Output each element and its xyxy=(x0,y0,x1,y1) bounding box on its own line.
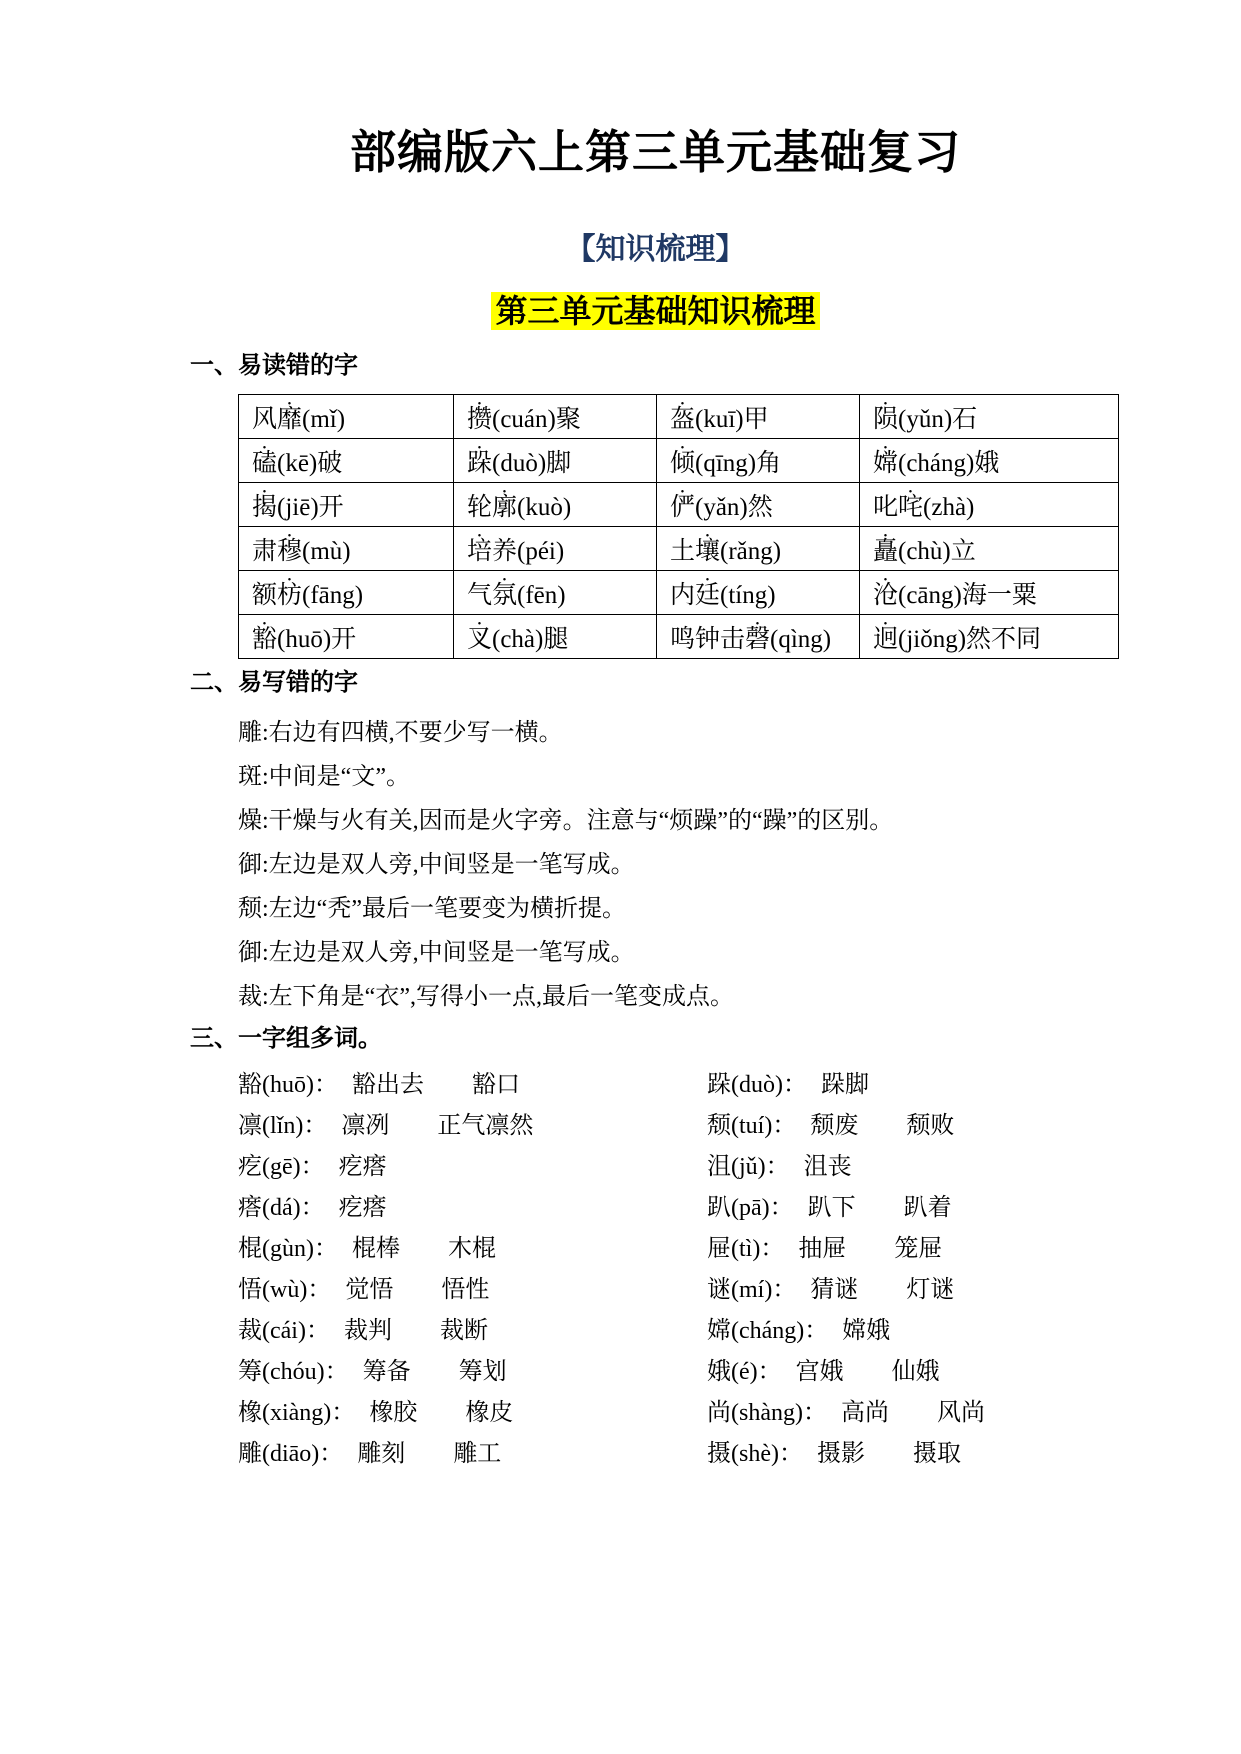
word-group-head: 跺(duò)： xyxy=(707,1072,807,1098)
document-content: 部编版六上第三单元基础复习 【知识梳理】 第三单元基础知识梳理 一、易读错的字 … xyxy=(190,0,1121,1475)
word-group-entry-right: 尚(shàng)：高尚风尚 xyxy=(707,1393,1121,1434)
section-1-title: 易读错的字 xyxy=(238,352,358,379)
table-cell: 风靡(mǐ) xyxy=(239,395,454,439)
word-group-head: 凛(lǐn)： xyxy=(238,1113,327,1139)
word-group-word: 凛冽 xyxy=(341,1113,389,1139)
word-group-head: 裁(cái)： xyxy=(238,1318,330,1344)
word-group-entry-right: 跺(duò)：跺脚 xyxy=(707,1065,1121,1106)
word-group-word: 灯谜 xyxy=(906,1277,954,1303)
section-2-title: 易写错的字 xyxy=(238,669,358,696)
word-group-word: 猜谜 xyxy=(810,1277,858,1303)
word-group-entry-left: 豁(huō)：豁出去豁口 xyxy=(238,1065,707,1106)
section-3-title: 一字组多词。 xyxy=(238,1025,382,1052)
table-cell: 轮廓(kuò) xyxy=(454,483,657,527)
word-group-head: 趴(pā)： xyxy=(707,1195,794,1221)
table-cell: 俨(yǎn)然 xyxy=(657,483,860,527)
word-group-word: 疙瘩 xyxy=(339,1195,387,1221)
word-group-entry-right: 颓(tuí)：颓废颓败 xyxy=(707,1106,1121,1147)
emphasized-char: 陨 xyxy=(873,406,898,433)
table-cell: 揭(jiē)开 xyxy=(239,483,454,527)
word-group-head: 雕(diāo)： xyxy=(238,1441,343,1467)
word-group-word: 豁口 xyxy=(472,1072,520,1098)
mispronounced-table: 风靡(mǐ)攒(cuán)聚盔(kuī)甲陨(yǔn)石磕(kē)破跺(duò)… xyxy=(238,394,1119,659)
table-row: 肃穆(mù)培养(péi)土壤(rǎng)矗(chù)立 xyxy=(239,527,1119,571)
table-cell: 磕(kē)破 xyxy=(239,439,454,483)
table-row: 额枋(fāng)气氛(fēn)内廷(tíng)沧(cāng)海一粟 xyxy=(239,571,1119,615)
word-group-word: 雕刻 xyxy=(357,1441,405,1467)
section-2-heading: 二、易写错的字 xyxy=(190,669,1121,697)
emphasized-char: 迥 xyxy=(873,626,898,653)
section-1-heading: 一、易读错的字 xyxy=(190,352,1121,380)
word-group-head: 谜(mí)： xyxy=(707,1277,796,1303)
word-group-word: 悟性 xyxy=(441,1277,489,1303)
word-group-word: 疙瘩 xyxy=(339,1154,387,1180)
word-group-head: 沮(jǔ)： xyxy=(707,1154,790,1180)
word-group-word: 高尚 xyxy=(841,1400,889,1426)
table-cell: 叱咤(zhà) xyxy=(860,483,1119,527)
word-group-word: 觉悟 xyxy=(345,1277,393,1303)
table-cell: 盔(kuī)甲 xyxy=(657,395,860,439)
emphasized-char: 培 xyxy=(467,538,492,565)
word-group-head: 棍(gùn)： xyxy=(238,1236,338,1262)
table-cell: 土壤(rǎng) xyxy=(657,527,860,571)
word-group-word: 沮丧 xyxy=(804,1154,852,1180)
word-group-word: 跺脚 xyxy=(821,1072,869,1098)
emphasized-char: 嫦 xyxy=(873,450,898,477)
word-group-word: 仙娥 xyxy=(892,1359,940,1385)
note-line: 裁:左下角是“衣”,写得小一点,最后一笔变成点。 xyxy=(238,975,1121,1019)
note-line: 雕:右边有四横,不要少写一横。 xyxy=(238,711,1121,755)
table-cell: 肃穆(mù) xyxy=(239,527,454,571)
word-group-entry-left: 疙(gē)：疙瘩 xyxy=(238,1147,707,1188)
word-group-word: 筹划 xyxy=(459,1359,507,1385)
emphasized-char: 氛 xyxy=(492,582,517,609)
word-group-head: 筹(chóu)： xyxy=(238,1359,349,1385)
table-cell: 气氛(fēn) xyxy=(454,571,657,615)
emphasized-char: 盔 xyxy=(670,406,695,433)
word-group-word: 宫娥 xyxy=(796,1359,844,1385)
miswritten-notes: 雕:右边有四横,不要少写一横。斑:中间是“文”。燥:干燥与火有关,因而是火字旁。… xyxy=(190,711,1121,1019)
emphasized-char: 靡 xyxy=(277,406,302,433)
word-group-entry-right: 谜(mí)：猜谜灯谜 xyxy=(707,1270,1121,1311)
emphasized-char: 豁 xyxy=(252,626,277,653)
word-group-word: 风尚 xyxy=(937,1400,985,1426)
word-group-entry-left: 悟(wù)：觉悟悟性 xyxy=(238,1270,707,1311)
word-group-word: 摄影 xyxy=(817,1441,865,1467)
word-group-head: 娥(é)： xyxy=(707,1359,782,1385)
emphasized-char: 攒 xyxy=(467,406,492,433)
word-group-word: 豁出去 xyxy=(352,1072,424,1098)
word-group-word: 木棍 xyxy=(448,1236,496,1262)
mispronounced-table-body: 风靡(mǐ)攒(cuán)聚盔(kuī)甲陨(yǔn)石磕(kē)破跺(duò)… xyxy=(239,395,1119,659)
table-cell: 迥(jiǒng)然不同 xyxy=(860,615,1119,659)
section-3-number: 三、 xyxy=(190,1025,238,1053)
table-cell: 跺(duò)脚 xyxy=(454,439,657,483)
table-cell: 内廷(tíng) xyxy=(657,571,860,615)
note-line: 御:左边是双人旁,中间竖是一笔写成。 xyxy=(238,843,1121,887)
emphasized-char: 叉 xyxy=(467,626,492,653)
table-row: 风靡(mǐ)攒(cuán)聚盔(kuī)甲陨(yǔn)石 xyxy=(239,395,1119,439)
emphasized-char: 沧 xyxy=(873,582,898,609)
word-group-word: 趴下 xyxy=(808,1195,856,1221)
table-cell: 嫦(cháng)娥 xyxy=(860,439,1119,483)
emphasized-char: 咤 xyxy=(898,494,923,521)
word-group-head: 尚(shàng)： xyxy=(707,1400,827,1426)
section-3-heading: 三、一字组多词。 xyxy=(190,1025,1121,1053)
word-group-head: 豁(huō)： xyxy=(238,1072,338,1098)
word-group-entry-right: 嫦(cháng)：嫦娥 xyxy=(707,1311,1121,1352)
note-line: 斑:中间是“文”。 xyxy=(238,755,1121,799)
table-cell: 陨(yǔn)石 xyxy=(860,395,1119,439)
word-group-word: 摄取 xyxy=(913,1441,961,1467)
word-group-entry-left: 裁(cái)：裁判裁断 xyxy=(238,1311,707,1352)
word-group-entry-right: 娥(é)：宫娥仙娥 xyxy=(707,1352,1121,1393)
word-group-entry-right: 屉(tì)：抽屉笼屉 xyxy=(707,1229,1121,1270)
emphasized-char: 磕 xyxy=(252,450,277,477)
word-group-entry-left: 橡(xiàng)：橡胶橡皮 xyxy=(238,1393,707,1434)
emphasized-char: 廓 xyxy=(492,494,517,521)
word-group-word: 嫦娥 xyxy=(842,1318,890,1344)
word-group-word: 抽屉 xyxy=(798,1236,846,1262)
emphasized-char: 磬 xyxy=(745,626,770,653)
page-title: 部编版六上第三单元基础复习 xyxy=(190,128,1121,178)
emphasized-char: 俨 xyxy=(670,494,695,521)
word-group-entry-left: 雕(diāo)：雕刻雕工 xyxy=(238,1434,707,1475)
word-group-head: 悟(wù)： xyxy=(238,1277,331,1303)
word-group-head: 颓(tuí)： xyxy=(707,1113,796,1139)
table-cell: 攒(cuán)聚 xyxy=(454,395,657,439)
word-group-word: 颓废 xyxy=(810,1113,858,1139)
emphasized-char: 穆 xyxy=(277,538,302,565)
emphasized-char: 壤 xyxy=(695,538,720,565)
emphasized-char: 枋 xyxy=(277,582,302,609)
word-group-word: 裁判 xyxy=(344,1318,392,1344)
table-cell: 培养(péi) xyxy=(454,527,657,571)
table-row: 揭(jiē)开轮廓(kuò)俨(yǎn)然叱咤(zhà) xyxy=(239,483,1119,527)
highlight-heading-wrap: 第三单元基础知识梳理 xyxy=(190,292,1121,330)
emphasized-char: 倾 xyxy=(670,450,695,477)
word-group-word: 雕工 xyxy=(453,1441,501,1467)
word-group-word: 颓败 xyxy=(906,1113,954,1139)
section-2-number: 二、 xyxy=(190,669,238,697)
note-line: 御:左边是双人旁,中间竖是一笔写成。 xyxy=(238,931,1121,975)
knowledge-banner: 【知识梳理】 xyxy=(190,234,1121,266)
word-group-word: 趴着 xyxy=(904,1195,952,1221)
word-group-word: 笼屉 xyxy=(894,1236,942,1262)
word-group-head: 橡(xiàng)： xyxy=(238,1400,355,1426)
word-groups-grid: 豁(huō)：豁出去豁口跺(duò)：跺脚凛(lǐn)：凛冽正气凛然颓(tuí)… xyxy=(190,1065,1121,1475)
document-page: 部编版六上第三单元基础复习 【知识梳理】 第三单元基础知识梳理 一、易读错的字 … xyxy=(0,0,1241,1754)
table-cell: 矗(chù)立 xyxy=(860,527,1119,571)
word-group-word: 橡胶 xyxy=(369,1400,417,1426)
highlight-heading: 第三单元基础知识梳理 xyxy=(491,292,819,330)
word-group-head: 瘩(dá)： xyxy=(238,1195,325,1221)
table-cell: 沧(cāng)海一粟 xyxy=(860,571,1119,615)
section-1-number: 一、 xyxy=(190,352,238,380)
emphasized-char: 跺 xyxy=(467,450,492,477)
table-row: 豁(huō)开叉(chà)腿鸣钟击磬(qìng)迥(jiǒng)然不同 xyxy=(239,615,1119,659)
word-group-word: 橡皮 xyxy=(465,1400,513,1426)
word-group-head: 摄(shè)： xyxy=(707,1441,803,1467)
word-group-head: 屉(tì)： xyxy=(707,1236,784,1262)
word-group-entry-left: 棍(gùn)：棍棒木棍 xyxy=(238,1229,707,1270)
table-cell: 豁(huō)开 xyxy=(239,615,454,659)
word-group-entry-left: 瘩(dá)：疙瘩 xyxy=(238,1188,707,1229)
table-cell: 倾(qīng)角 xyxy=(657,439,860,483)
emphasized-char: 矗 xyxy=(873,538,898,565)
word-group-head: 疙(gē)： xyxy=(238,1154,325,1180)
word-group-word: 棍棒 xyxy=(352,1236,400,1262)
word-group-word: 裁断 xyxy=(440,1318,488,1344)
note-line: 燥:干燥与火有关,因而是火字旁。注意与“烦躁”的“躁”的区别。 xyxy=(238,799,1121,843)
word-group-word: 正气凛然 xyxy=(437,1113,533,1139)
word-group-entry-right: 摄(shè)：摄影摄取 xyxy=(707,1434,1121,1475)
emphasized-char: 廷 xyxy=(695,582,720,609)
note-line: 颓:左边“秃”最后一笔要变为横折提。 xyxy=(238,887,1121,931)
table-cell: 鸣钟击磬(qìng) xyxy=(657,615,860,659)
word-group-entry-right: 趴(pā)：趴下趴着 xyxy=(707,1188,1121,1229)
table-cell: 叉(chà)腿 xyxy=(454,615,657,659)
table-cell: 额枋(fāng) xyxy=(239,571,454,615)
word-group-entry-right: 沮(jǔ)：沮丧 xyxy=(707,1147,1121,1188)
word-group-entry-left: 筹(chóu)：筹备筹划 xyxy=(238,1352,707,1393)
table-row: 磕(kē)破跺(duò)脚倾(qīng)角嫦(cháng)娥 xyxy=(239,439,1119,483)
word-group-entry-left: 凛(lǐn)：凛冽正气凛然 xyxy=(238,1106,707,1147)
emphasized-char: 揭 xyxy=(252,494,277,521)
word-group-word: 筹备 xyxy=(363,1359,411,1385)
word-group-head: 嫦(cháng)： xyxy=(707,1318,828,1344)
